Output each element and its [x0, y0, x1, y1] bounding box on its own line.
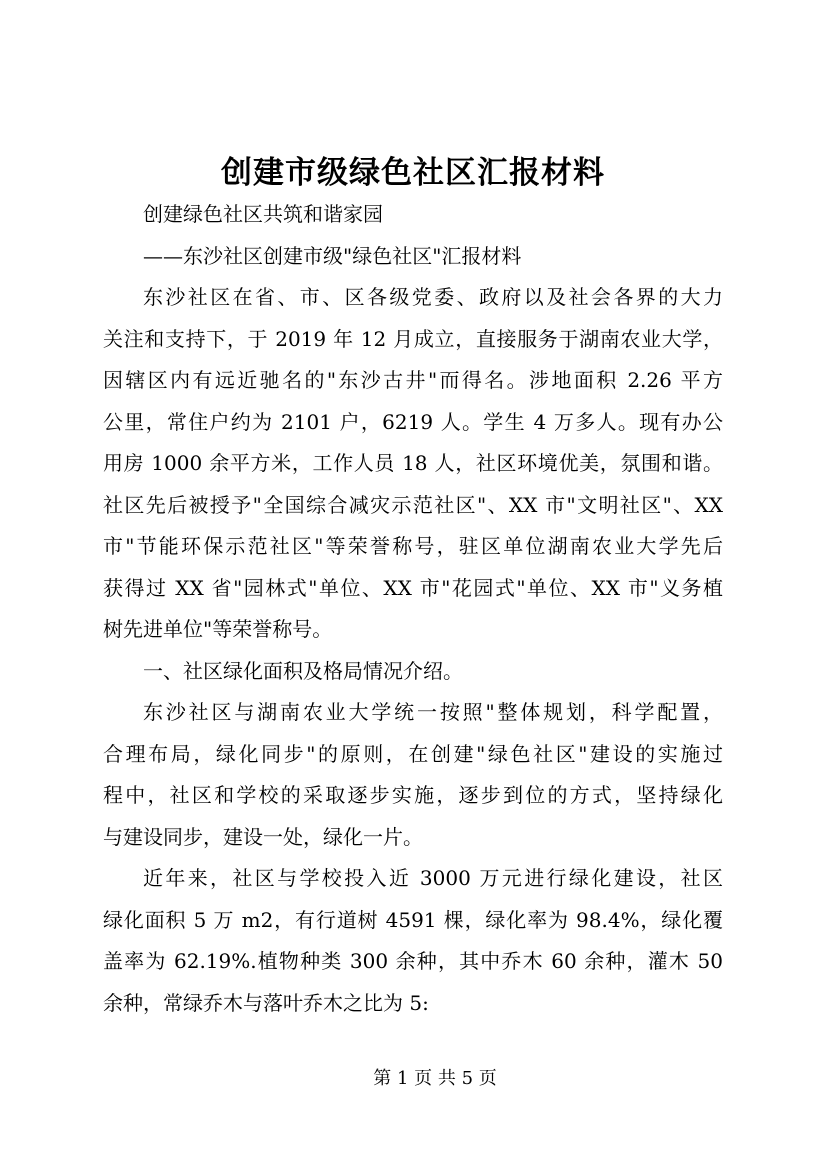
text-line: 创建绿色社区共筑和谐家园 — [103, 194, 723, 236]
text-line: 因辖区内有远近驰名的"东沙古井"而得名。涉地面积 2.26 平方 — [103, 360, 723, 402]
text-line: 与建设同步，建设一处，绿化一片。 — [103, 817, 723, 859]
text-line: 近年来，社区与学校投入近 3000 万元进行绿化建设，社区 — [103, 858, 723, 900]
text-line: ——东沙社区创建市级"绿色社区"汇报材料 — [103, 236, 723, 278]
text-line: 用房 1000 余平方米，工作人员 18 人，社区环境优美，氛围和谐。 — [103, 443, 723, 485]
text-line: 绿化面积 5 万 m2，有行道树 4591 棵，绿化率为 98.4%，绿化覆 — [103, 900, 723, 942]
text-line: 社区先后被授予"全国综合减灾示范社区"、XX 市"文明社区"、XX — [103, 485, 723, 527]
text-line: 东沙社区与湖南农业大学统一按照"整体规划，科学配置， — [103, 692, 723, 734]
text-line: 合理布局，绿化同步"的原则，在创建"绿色社区"建设的实施过 — [103, 734, 723, 776]
text-line: 树先进单位"等荣誉称号。 — [103, 609, 723, 651]
document-page: 创建市级绿色社区汇报材料 创建绿色社区共筑和谐家园——东沙社区创建市级"绿色社区… — [0, 0, 827, 1170]
text-line: 余种，常绿乔木与落叶乔木之比为 5: — [103, 983, 723, 1025]
text-line: 东沙社区在省、市、区各级党委、政府以及社会各界的大力 — [103, 277, 723, 319]
text-line: 公里，常住户约为 2101 户，6219 人。学生 4 万多人。现有办公 — [103, 402, 723, 444]
text-line: 程中，社区和学校的采取逐步实施，逐步到位的方式，坚持绿化 — [103, 775, 723, 817]
document-body: 创建绿色社区共筑和谐家园——东沙社区创建市级"绿色社区"汇报材料东沙社区在省、市… — [103, 194, 723, 1024]
text-line: 一、社区绿化面积及格局情况介绍。 — [103, 651, 723, 693]
text-line: 关注和支持下，于 2019 年 12 月成立，直接服务于湖南农业大学， — [103, 319, 723, 361]
page-footer: 第 1 页 共 5 页 — [125, 1066, 745, 1092]
document-title: 创建市级绿色社区汇报材料 — [103, 147, 723, 192]
text-line: 盖率为 62.19%.植物种类 300 余种，其中乔木 60 余种，灌木 50 — [103, 941, 723, 983]
text-line: 获得过 XX 省"园林式"单位、XX 市"花园式"单位、XX 市"义务植 — [103, 568, 723, 610]
text-line: 市"节能环保示范社区"等荣誉称号，驻区单位湖南农业大学先后 — [103, 526, 723, 568]
